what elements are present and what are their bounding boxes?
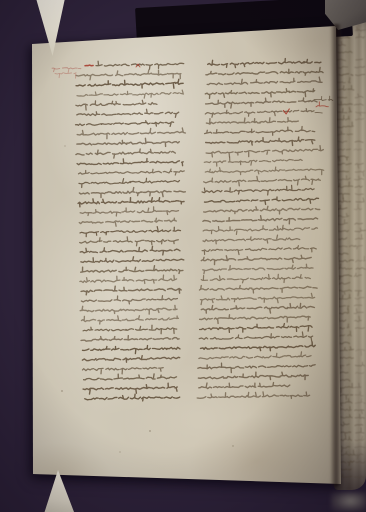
manuscript-page	[0, 0, 366, 512]
manuscript-photo	[0, 0, 366, 512]
script-layer	[0, 0, 366, 512]
left-margin-note	[52, 68, 81, 79]
right-column	[197, 59, 324, 399]
page-wrap	[0, 0, 366, 512]
left-column	[76, 61, 186, 401]
gutter-crease-shadow	[330, 24, 341, 486]
